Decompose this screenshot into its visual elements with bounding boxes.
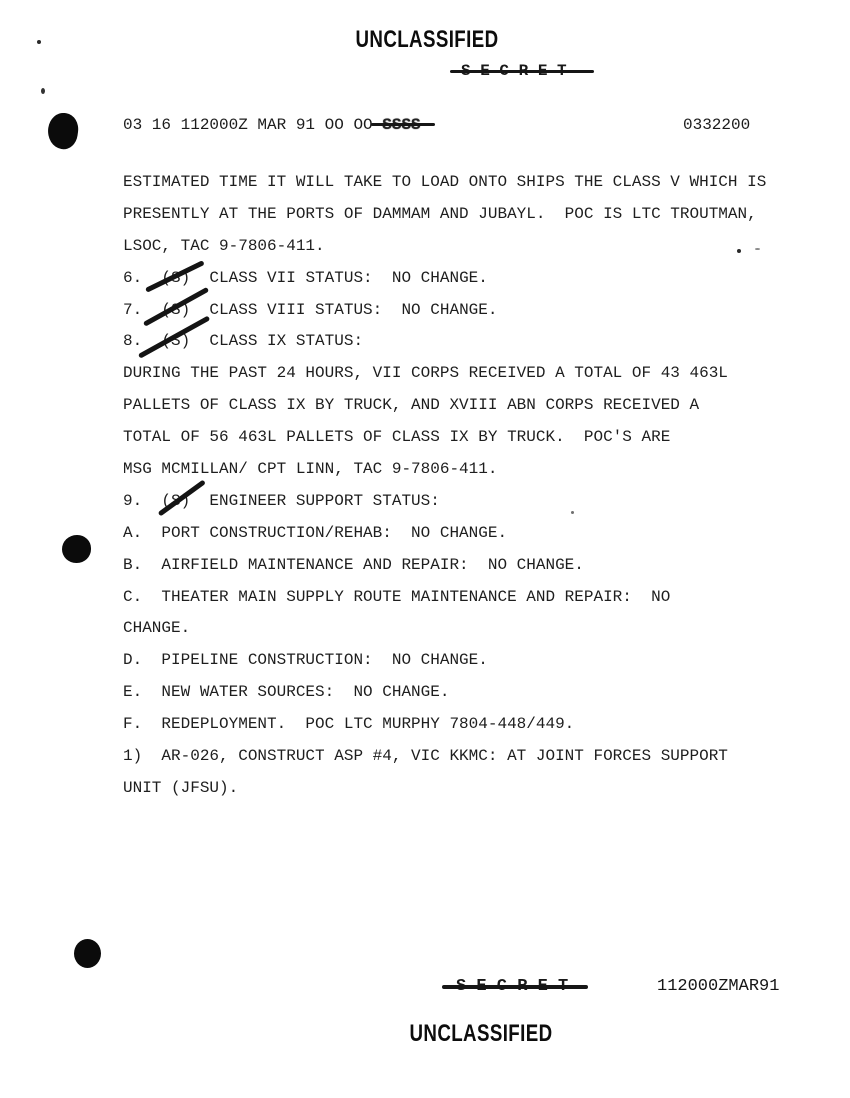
- struck-classification-code: SSSS: [382, 116, 420, 135]
- body-text-segment: 9.: [123, 492, 161, 510]
- declassification-slash-S: (S): [161, 326, 190, 358]
- hole-punch-mark-top: [46, 111, 81, 151]
- page-reference-number: 0332200: [683, 116, 750, 135]
- body-line: E. NEW WATER SOURCES: NO CHANGE.: [123, 677, 766, 709]
- unclassified-banner-bottom: UNCLASSIFIED: [409, 1020, 552, 1048]
- body-text-segment: TOTAL OF 56 463L PALLETS OF CLASS IX BY …: [123, 428, 670, 446]
- body-text-segment: A. PORT CONSTRUCTION/REHAB: NO CHANGE.: [123, 524, 507, 542]
- declassification-slash-S: (S): [161, 486, 190, 518]
- body-text-segment: C. THEATER MAIN SUPPLY ROUTE MAINTENANCE…: [123, 588, 670, 606]
- body-text-segment: D. PIPELINE CONSTRUCTION: NO CHANGE.: [123, 651, 488, 669]
- body-text-segment: E. NEW WATER SOURCES: NO CHANGE.: [123, 683, 449, 701]
- body-text-segment: CLASS VIII STATUS: NO CHANGE.: [190, 301, 497, 319]
- body-line: C. THEATER MAIN SUPPLY ROUTE MAINTENANCE…: [123, 582, 766, 614]
- body-text-segment: ENGINEER SUPPORT STATUS:: [190, 492, 440, 510]
- body-text-segment: ESTIMATED TIME IT WILL TAKE TO LOAD ONTO…: [123, 173, 766, 191]
- body-text-segment: UNIT (JFSU).: [123, 779, 238, 797]
- body-line: D. PIPELINE CONSTRUCTION: NO CHANGE.: [123, 645, 766, 677]
- body-line: A. PORT CONSTRUCTION/REHAB: NO CHANGE.: [123, 518, 766, 550]
- ink-speck: [37, 40, 41, 44]
- body-text-segment: F. REDEPLOYMENT. POC LTC MURPHY 7804-448…: [123, 715, 574, 733]
- body-line: 7. (S) CLASS VIII STATUS: NO CHANGE.: [123, 295, 766, 327]
- declassification-slash-S: (S): [161, 263, 190, 295]
- header-dtg-text: 03 16 112000Z MAR 91 OO OO: [123, 116, 373, 134]
- body-line: B. AIRFIELD MAINTENANCE AND REPAIR: NO C…: [123, 550, 766, 582]
- scanned-document-page: UNCLASSIFIED S E C R E T 03 16 112000Z M…: [0, 0, 850, 1098]
- body-text-segment: PALLETS OF CLASS IX BY TRUCK, AND XVIII …: [123, 396, 699, 414]
- ink-speck: [41, 88, 45, 94]
- body-text-segment: LSOC, TAC 9-7806-411.: [123, 237, 325, 255]
- body-line: 9. (S) ENGINEER SUPPORT STATUS:: [123, 486, 766, 518]
- body-text-segment: PRESENTLY AT THE PORTS OF DAMMAM AND JUB…: [123, 205, 757, 223]
- body-line: UNIT (JFSU).: [123, 773, 766, 805]
- body-text-segment: CHANGE.: [123, 619, 190, 637]
- body-text-segment: B. AIRFIELD MAINTENANCE AND REPAIR: NO C…: [123, 556, 584, 574]
- body-line: PALLETS OF CLASS IX BY TRUCK, AND XVIII …: [123, 390, 766, 422]
- struck-code-text: SSSS: [382, 116, 420, 134]
- body-line: ESTIMATED TIME IT WILL TAKE TO LOAD ONTO…: [123, 167, 766, 199]
- body-text-segment: DURING THE PAST 24 HOURS, VII CORPS RECE…: [123, 364, 728, 382]
- body-line: DURING THE PAST 24 HOURS, VII CORPS RECE…: [123, 358, 766, 390]
- body-line: CHANGE.: [123, 613, 766, 645]
- body-line: TOTAL OF 56 463L PALLETS OF CLASS IX BY …: [123, 422, 766, 454]
- hole-punch-mark-bottom: [74, 939, 101, 968]
- body-line: F. REDEPLOYMENT. POC LTC MURPHY 7804-448…: [123, 709, 766, 741]
- body-line: 1) AR-026, CONSTRUCT ASP #4, VIC KKMC: A…: [123, 741, 766, 773]
- strikethrough-line-bottom: [442, 985, 588, 989]
- body-line: PRESENTLY AT THE PORTS OF DAMMAM AND JUB…: [123, 199, 766, 231]
- body-text-segment: CLASS IX STATUS:: [190, 332, 363, 350]
- ink-speck: [755, 248, 760, 250]
- body-text-segment: 1) AR-026, CONSTRUCT ASP #4, VIC KKMC: A…: [123, 747, 728, 765]
- ink-speck: [571, 511, 574, 514]
- body-line: LSOC, TAC 9-7806-411.: [123, 231, 766, 263]
- declassification-slash-S: (S): [161, 295, 190, 327]
- hole-punch-mark-middle: [62, 535, 91, 563]
- document-body: ESTIMATED TIME IT WILL TAKE TO LOAD ONTO…: [123, 167, 766, 805]
- body-line: MSG MCMILLAN/ CPT LINN, TAC 9-7806-411.: [123, 454, 766, 486]
- unclassified-banner-top: UNCLASSIFIED: [355, 26, 498, 54]
- secret-stamp-bottom: S E C R E T: [442, 977, 588, 997]
- body-text-segment: CLASS VII STATUS: NO CHANGE.: [190, 269, 488, 287]
- secret-stamp-top: S E C R E T: [450, 62, 594, 82]
- body-text-segment: MSG MCMILLAN/ CPT LINN, TAC 9-7806-411.: [123, 460, 497, 478]
- message-header-line: 03 16 112000Z MAR 91 OO OOSSSS: [123, 116, 421, 135]
- body-line: 6. (S) CLASS VII STATUS: NO CHANGE.: [123, 263, 766, 295]
- strikethrough-line-top: [450, 70, 594, 73]
- ink-speck: [737, 249, 741, 253]
- footer-date-time-group: 112000ZMAR91: [657, 977, 779, 997]
- body-line: 8. (S) CLASS IX STATUS:: [123, 326, 766, 358]
